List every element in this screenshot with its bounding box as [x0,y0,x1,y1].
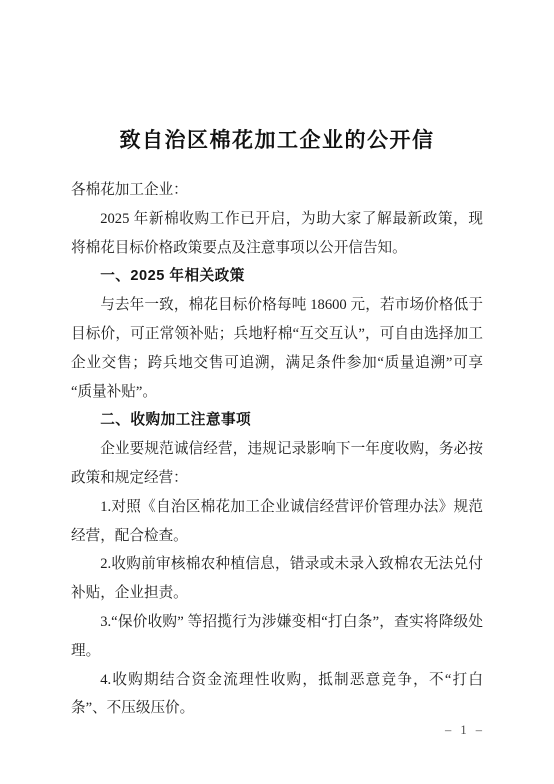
page-number: – 1 – [445,721,485,739]
document-body: 各棉花加工企业： 2025 年新棉收购工作已开启，为助大家了解最新政策，现将棉花… [71,176,483,723]
paragraph-item-4: 4.收购期结合资金流理性收购，抵制恶意竞争，不“打白条”、不压级压价。 [71,666,483,724]
document-title: 致自治区棉花加工企业的公开信 [0,127,554,154]
paragraph-policy: 与去年一致，棉花目标价格每吨 18600 元，若市场价格低于目标价，可正常领补贴… [71,291,483,406]
section-heading-notes: 二、收购加工注意事项 [71,406,483,435]
section-heading-policy: 一、2025 年相关政策 [71,262,483,291]
paragraph-item-1: 1.对照《自治区棉花加工企业诚信经营评价管理办法》规范经营，配合检查。 [71,493,483,551]
paragraph-intro: 2025 年新棉收购工作已开启，为助大家了解最新政策，现将棉花目标价格政策要点及… [71,205,483,263]
salutation: 各棉花加工企业： [71,176,483,205]
paragraph-item-3: 3.“保价收购” 等招揽行为涉嫌变相“打白条”，查实将降级处理。 [71,608,483,666]
paragraph-notes-intro: 企业要规范诚信经营，违规记录影响下一年度收购，务必按政策和规定经营： [71,435,483,493]
paragraph-item-2: 2.收购前审核棉农种植信息，错录或未录入致棉农无法兑付补贴，企业担责。 [71,550,483,608]
document-page: 致自治区棉花加工企业的公开信 各棉花加工企业： 2025 年新棉收购工作已开启，… [0,0,554,784]
